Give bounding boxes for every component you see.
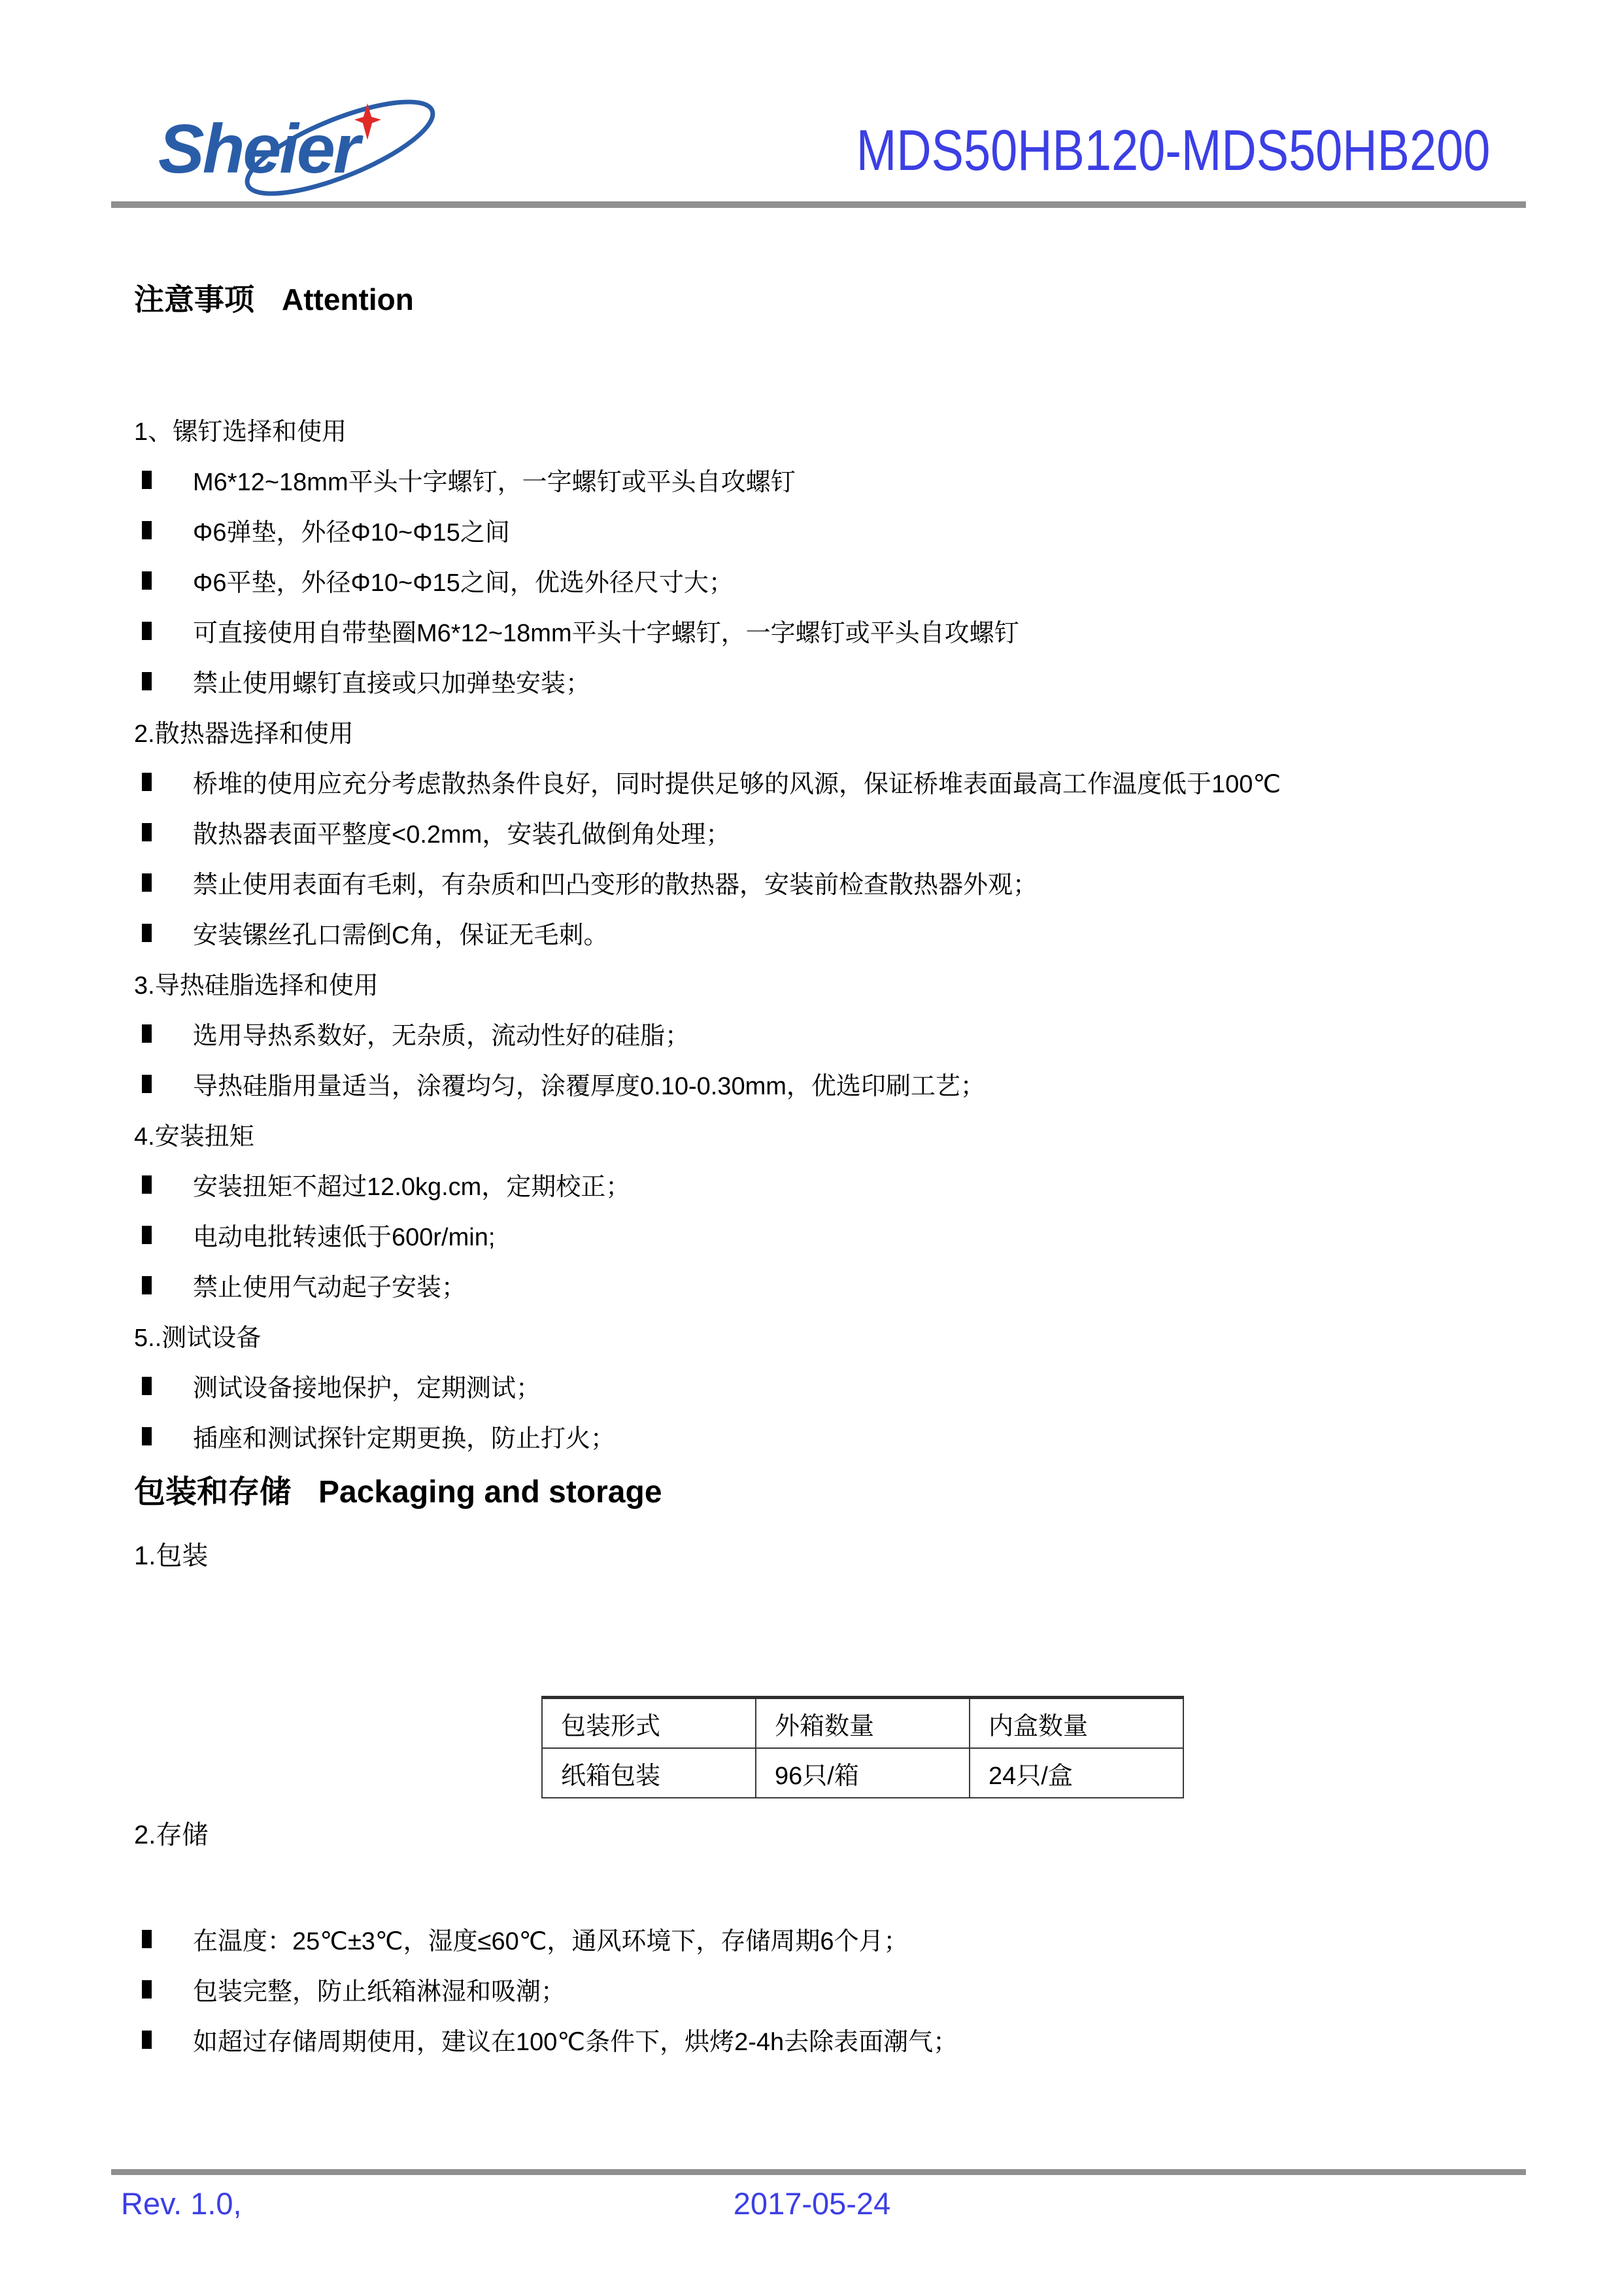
bullet-square-icon xyxy=(142,571,152,590)
list-item: 安装镙丝孔口需倒C角，保证无毛刺。 xyxy=(134,907,1526,958)
list-item: 如超过存储周期使用，建议在100℃条件下，烘烤2-4h去除表面潮气； xyxy=(134,2014,1526,2065)
list-item: 可直接使用自带垫圈M6*12~18mm平头十字螺钉，一字螺钉或平头自攻螺钉 xyxy=(134,605,1526,656)
table-cell: 96只/箱 xyxy=(756,1748,970,1798)
footer-date: 2017-05-24 xyxy=(734,2185,890,2221)
bullet-square-icon xyxy=(142,1930,152,1948)
logo-swoosh-icon xyxy=(158,99,465,199)
table-header-cell: 包装形式 xyxy=(542,1698,756,1749)
page-content: 注意事项 Attention 1、镙钉选择和使用 M6*12~18mm平头十字螺… xyxy=(134,276,1526,2065)
table-row: 纸箱包装 96只/箱 24只/盒 xyxy=(542,1748,1183,1798)
bullet-square-icon xyxy=(142,1276,152,1294)
list-item: 电动电批转速低于600r/min; xyxy=(134,1209,1526,1260)
table-cell: 纸箱包装 xyxy=(542,1748,756,1798)
section-label: 1、镙钉选择和使用 xyxy=(134,404,1526,454)
list-item: 安装扭矩不超过12.0kg.cm，定期校正； xyxy=(134,1159,1526,1209)
page-header: Sheier MDS50HB120-MDS50HB200 xyxy=(0,0,1624,199)
list-item: 包装完整，防止纸箱淋湿和吸潮； xyxy=(134,1964,1526,2014)
bullet-square-icon xyxy=(142,1075,152,1093)
subsection-pack-label: 1.包装 xyxy=(134,1534,1526,1573)
list-item: Φ6平垫，外径Φ10~Φ15之间，优选外径尺寸大； xyxy=(134,555,1526,605)
list-item: 散热器表面平整度<0.2mm，安装孔做倒角处理； xyxy=(134,807,1526,857)
list-item: 禁止使用表面有毛刺，有杂质和凹凸变形的散热器，安装前检查散热器外观； xyxy=(134,857,1526,907)
bullet-square-icon xyxy=(142,1024,152,1043)
list-item: 选用导热系数好，无杂质，流动性好的硅脂； xyxy=(134,1008,1526,1058)
list-item: Φ6弹垫，外径Φ10~Φ15之间 xyxy=(134,505,1526,555)
list-item: 禁止使用螺钉直接或只加弹垫安装； xyxy=(134,656,1526,706)
bullet-square-icon xyxy=(142,823,152,841)
bullet-square-icon xyxy=(142,1980,152,1999)
list-item: M6*12~18mm平头十字螺钉，一字螺钉或平头自攻螺钉 xyxy=(134,454,1526,505)
page-title: MDS50HB120-MDS50HB200 xyxy=(856,122,1490,199)
subsection-store-label: 2.存储 xyxy=(134,1813,1526,1852)
list-item: 插座和测试探针定期更换，防止打火； xyxy=(134,1411,1526,1461)
list-item: 桥堆的使用应充分考虑散热条件良好，同时提供足够的风源，保证桥堆表面最高工作温度低… xyxy=(134,756,1526,807)
table-header-cell: 外箱数量 xyxy=(756,1698,970,1749)
page-footer: Rev. 1.0, 2017-05-24 xyxy=(0,2185,1624,2227)
packaging-heading: 包装和存储 Packaging and storage xyxy=(134,1466,1526,1511)
packaging-heading-en: Packaging and storage xyxy=(318,1474,662,1510)
attention-heading: 注意事项 Attention xyxy=(134,276,1526,319)
packaging-heading-zh: 包装和存储 xyxy=(134,1466,291,1511)
bullet-square-icon xyxy=(142,672,152,690)
table-header-cell: 内盒数量 xyxy=(970,1698,1183,1749)
bullet-square-icon xyxy=(142,2031,152,2049)
header-divider xyxy=(111,201,1526,208)
bullet-square-icon xyxy=(142,1377,152,1395)
bullet-square-icon xyxy=(142,924,152,942)
table-cell: 24只/盒 xyxy=(970,1748,1183,1798)
list-item: 测试设备接地保护，定期测试； xyxy=(134,1360,1526,1411)
section-label: 5..测试设备 xyxy=(134,1310,1526,1360)
bullet-square-icon xyxy=(142,471,152,489)
list-item: 导热硅脂用量适当，涂覆均匀，涂覆厚度0.10-0.30mm，优选印刷工艺； xyxy=(134,1058,1526,1109)
bullet-square-icon xyxy=(142,773,152,791)
bullet-square-icon xyxy=(142,521,152,539)
bullet-square-icon xyxy=(142,873,152,892)
table-header-row: 包装形式 外箱数量 内盒数量 xyxy=(542,1698,1183,1749)
datasheet-page: Sheier MDS50HB120-MDS50HB200 注意事项 Attent… xyxy=(0,0,1624,2294)
attention-heading-zh: 注意事项 xyxy=(134,276,254,319)
packaging-table: 包装形式 外箱数量 内盒数量 纸箱包装 96只/箱 24只/盒 xyxy=(541,1696,1184,1798)
footer-divider xyxy=(111,2169,1526,2175)
list-item: 在温度：25℃±3℃，湿度≤60℃，通风环境下，存储周期6个月； xyxy=(134,1914,1526,1964)
list-item: 禁止使用气动起子安装； xyxy=(134,1260,1526,1310)
storage-list: 在温度：25℃±3℃，湿度≤60℃，通风环境下，存储周期6个月； 包装完整，防止… xyxy=(134,1914,1526,2065)
attention-list: 1、镙钉选择和使用 M6*12~18mm平头十字螺钉，一字螺钉或平头自攻螺钉 Φ… xyxy=(134,404,1526,1461)
footer-revision: Rev. 1.0, xyxy=(121,2185,242,2221)
bullet-square-icon xyxy=(142,1226,152,1244)
sheier-logo: Sheier xyxy=(158,99,465,199)
bullet-square-icon xyxy=(142,1427,152,1445)
section-label: 2.散热器选择和使用 xyxy=(134,706,1526,756)
bullet-square-icon xyxy=(142,622,152,640)
bullet-square-icon xyxy=(142,1175,152,1194)
attention-heading-en: Attention xyxy=(282,282,414,317)
section-label: 4.安装扭矩 xyxy=(134,1109,1526,1159)
section-label: 3.导热硅脂选择和使用 xyxy=(134,958,1526,1008)
